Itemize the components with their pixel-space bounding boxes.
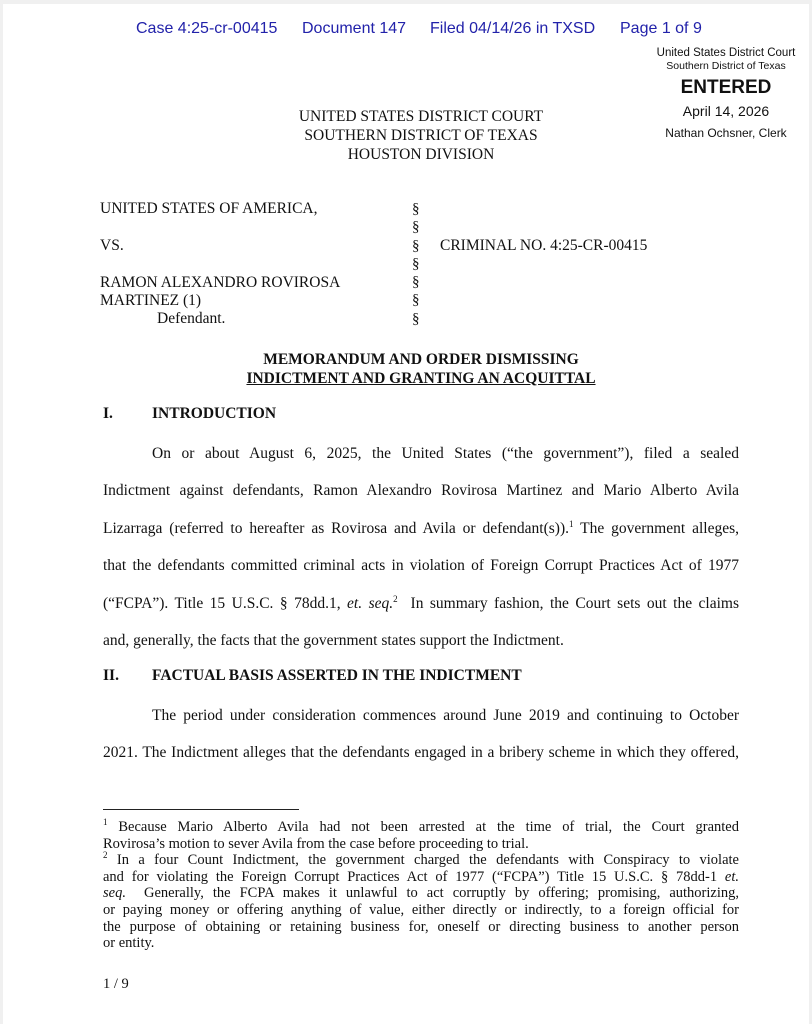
footnotes: 1 Because Mario Alberto Avila had not be… <box>103 819 739 952</box>
caption-plaintiff: UNITED STATES OF AMERICA, <box>100 200 318 218</box>
entered-stamp: United States District Court Southern Di… <box>645 46 807 143</box>
section-number: II. <box>103 667 152 685</box>
paragraph-line: that the defendants committed criminal a… <box>103 547 739 584</box>
section-symbol: § <box>412 291 420 309</box>
paragraph-line: 2021. The Indictment alleges that the de… <box>103 734 739 771</box>
court-heading-line: HOUSTON DIVISION <box>253 145 589 164</box>
section-symbol: § <box>412 255 420 273</box>
footnote-line: or paying money or offering anything of … <box>103 902 739 919</box>
stamp-clerk: Nathan Ochsner, Clerk <box>645 123 807 143</box>
section-symbol: § <box>412 237 420 255</box>
stamp-status: ENTERED <box>645 75 807 101</box>
section-symbol: § <box>412 273 420 291</box>
section-heading-introduction: I.INTRODUCTION <box>103 405 276 423</box>
paragraph-line: Indictment against defendants, Ramon Ale… <box>103 472 739 509</box>
caption-versus: VS. <box>100 237 124 255</box>
footnote-line: 1 Because Mario Alberto Avila had not be… <box>103 819 739 836</box>
title-line2: INDICTMENT AND GRANTING AN ACQUITTAL <box>246 370 595 387</box>
criminal-case-number: CRIMINAL NO. 4:25-CR-00415 <box>440 237 647 255</box>
footnote-separator <box>103 809 299 810</box>
ecf-filed-date: Filed 04/14/26 in TXSD <box>430 20 595 38</box>
ecf-page-count: Page 1 of 9 <box>620 20 702 38</box>
section-number: I. <box>103 405 152 423</box>
section-title: INTRODUCTION <box>152 405 276 422</box>
paragraph-line: Lizarraga (referred to hereafter as Rovi… <box>103 510 739 547</box>
section-title: FACTUAL BASIS ASSERTED IN THE INDICTMENT <box>152 667 522 684</box>
footnote-line: and for violating the Foreign Corrupt Pr… <box>103 869 739 886</box>
paragraph-line: and, generally, the facts that the gover… <box>103 622 739 659</box>
section-symbol: § <box>412 218 420 236</box>
caption-defendant-line2: MARTINEZ (1) <box>100 292 201 310</box>
page-number: 1 / 9 <box>103 976 129 993</box>
stamp-date: April 14, 2026 <box>645 101 807 121</box>
factual-basis-paragraph: The period under consideration commences… <box>103 697 739 772</box>
introduction-paragraph: On or about August 6, 2025, the United S… <box>103 435 739 659</box>
paragraph-line: On or about August 6, 2025, the United S… <box>103 435 739 472</box>
footnote-line: Rovirosa’s motion to sever Avila from th… <box>103 836 739 853</box>
court-heading-line: UNITED STATES DISTRICT COURT <box>253 107 589 126</box>
stamp-court: United States District Court <box>645 46 807 60</box>
section-symbol-column: § § § § § § § <box>412 200 420 328</box>
caption-defendant-label: Defendant. <box>157 310 225 328</box>
court-heading-line: SOUTHERN DISTRICT OF TEXAS <box>253 126 589 145</box>
footnote-line: 2 In a four Count Indictment, the govern… <box>103 852 739 869</box>
footnote-line: the purpose of obtaining or retaining bu… <box>103 919 739 936</box>
stamp-district: Southern District of Texas <box>645 60 807 73</box>
section-heading-factual-basis: II.FACTUAL BASIS ASSERTED IN THE INDICTM… <box>103 667 522 685</box>
document-page: Case 4:25-cr-00415 Document 147 Filed 04… <box>3 4 809 1024</box>
court-heading: UNITED STATES DISTRICT COURT SOUTHERN DI… <box>253 107 589 164</box>
footnote-line: or entity. <box>103 935 739 952</box>
section-symbol: § <box>412 200 420 218</box>
paragraph-line: The period under consideration commences… <box>103 697 739 734</box>
section-symbol: § <box>412 310 420 328</box>
document-title: MEMORANDUM AND ORDER DISMISSING INDICTME… <box>103 350 739 388</box>
ecf-document-number: Document 147 <box>302 20 406 38</box>
ecf-case-number: Case 4:25-cr-00415 <box>136 20 277 38</box>
footnote-line: seq. Generally, the FCPA makes it unlawf… <box>103 885 739 902</box>
paragraph-line: (“FCPA”). Title 15 U.S.C. § 78dd.1, et. … <box>103 585 739 622</box>
caption-defendant-line1: RAMON ALEXANDRO ROVIROSA <box>100 274 340 292</box>
title-line1: MEMORANDUM AND ORDER DISMISSING <box>103 350 739 369</box>
